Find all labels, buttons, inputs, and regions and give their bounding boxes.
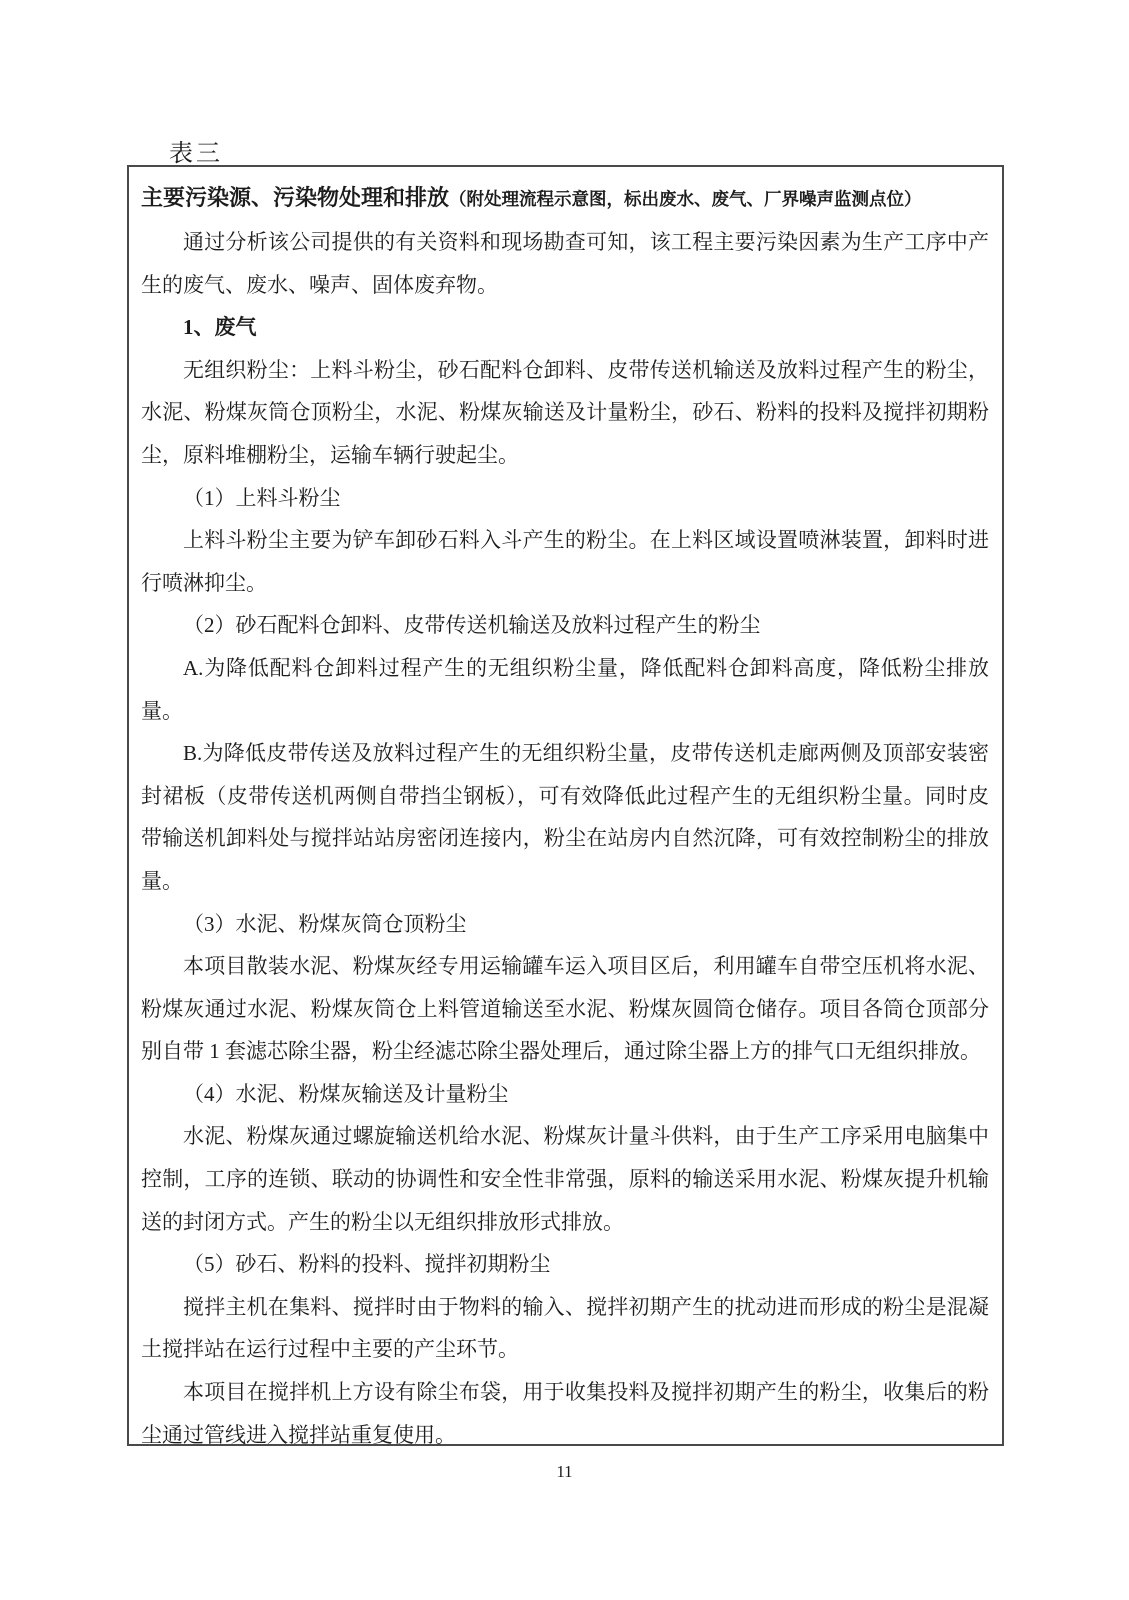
doc-paragraph-silo-top: 本项目散装水泥、粉煤灰经专用运输罐车运入项目区后，利用罐车自带空压机将水泥、粉煤… [141, 945, 989, 1073]
doc-paragraph-measure-a: A.为降低配料仓卸料过程产生的无组织粉尘量，降低配料仓卸料高度，降低粉尘排放量。 [141, 647, 989, 732]
subheading-3-silo-top-dust: （3）水泥、粉煤灰筒仓顶粉尘 [141, 903, 989, 946]
box-title: 主要污染源、污染物处理和排放 [141, 185, 449, 210]
subheading-2-batching-belt-dust: （2）砂石配料仓卸料、皮带传送机输送及放料过程产生的粉尘 [141, 604, 989, 647]
doc-paragraph-loading-hopper: 上料斗粉尘主要为铲车卸砂石料入斗产生的粉尘。在上料区域设置喷淋装置，卸料时进行喷… [141, 519, 989, 604]
content-box: 主要污染源、污染物处理和排放（附处理流程示意图，标出废水、废气、厂界噪声监测点位… [127, 165, 1004, 1446]
box-title-note: （附处理流程示意图，标出废水、废气、厂界噪声监测点位） [449, 189, 922, 209]
doc-paragraph-conveying-metering: 水泥、粉煤灰通过螺旋输送机给水泥、粉煤灰计量斗供料，由于生产工序采用电脑集中控制… [141, 1115, 989, 1243]
section-heading-waste-gas: 1、废气 [141, 306, 989, 349]
subheading-5-feeding-mixing-dust: （5）砂石、粉料的投料、搅拌初期粉尘 [141, 1243, 989, 1286]
doc-paragraph-dust-bag: 本项目在搅拌机上方设有除尘布袋，用于收集投料及搅拌初期产生的粉尘，收集后的粉尘通… [141, 1371, 989, 1456]
sheet-label: 表三 [169, 133, 223, 168]
document-page: 表三 主要污染源、污染物处理和排放（附处理流程示意图，标出废水、废气、厂界噪声监… [0, 0, 1129, 1600]
doc-paragraph-intro: 通过分析该公司提供的有关资料和现场勘查可知，该工程主要污染因素为生产工序中产生的… [141, 221, 989, 306]
doc-paragraph-unorganized-dust: 无组织粉尘：上料斗粉尘，砂石配料仓卸料、皮带传送机输送及放料过程产生的粉尘，水泥… [141, 349, 989, 477]
box-title-line: 主要污染源、污染物处理和排放（附处理流程示意图，标出废水、废气、厂界噪声监测点位… [141, 176, 989, 221]
page-number: 11 [0, 1462, 1129, 1482]
subheading-4-conveying-metering-dust: （4）水泥、粉煤灰输送及计量粉尘 [141, 1073, 989, 1116]
doc-paragraph-measure-b: B.为降低皮带传送及放料过程产生的无组织粉尘量，皮带传送机走廊两侧及顶部安装密封… [141, 732, 989, 902]
subheading-1-loading-hopper-dust: （1）上料斗粉尘 [141, 477, 989, 520]
doc-paragraph-mixing-host: 搅拌主机在集料、搅拌时由于物料的输入、搅拌初期产生的扰动进而形成的粉尘是混凝土搅… [141, 1286, 989, 1371]
